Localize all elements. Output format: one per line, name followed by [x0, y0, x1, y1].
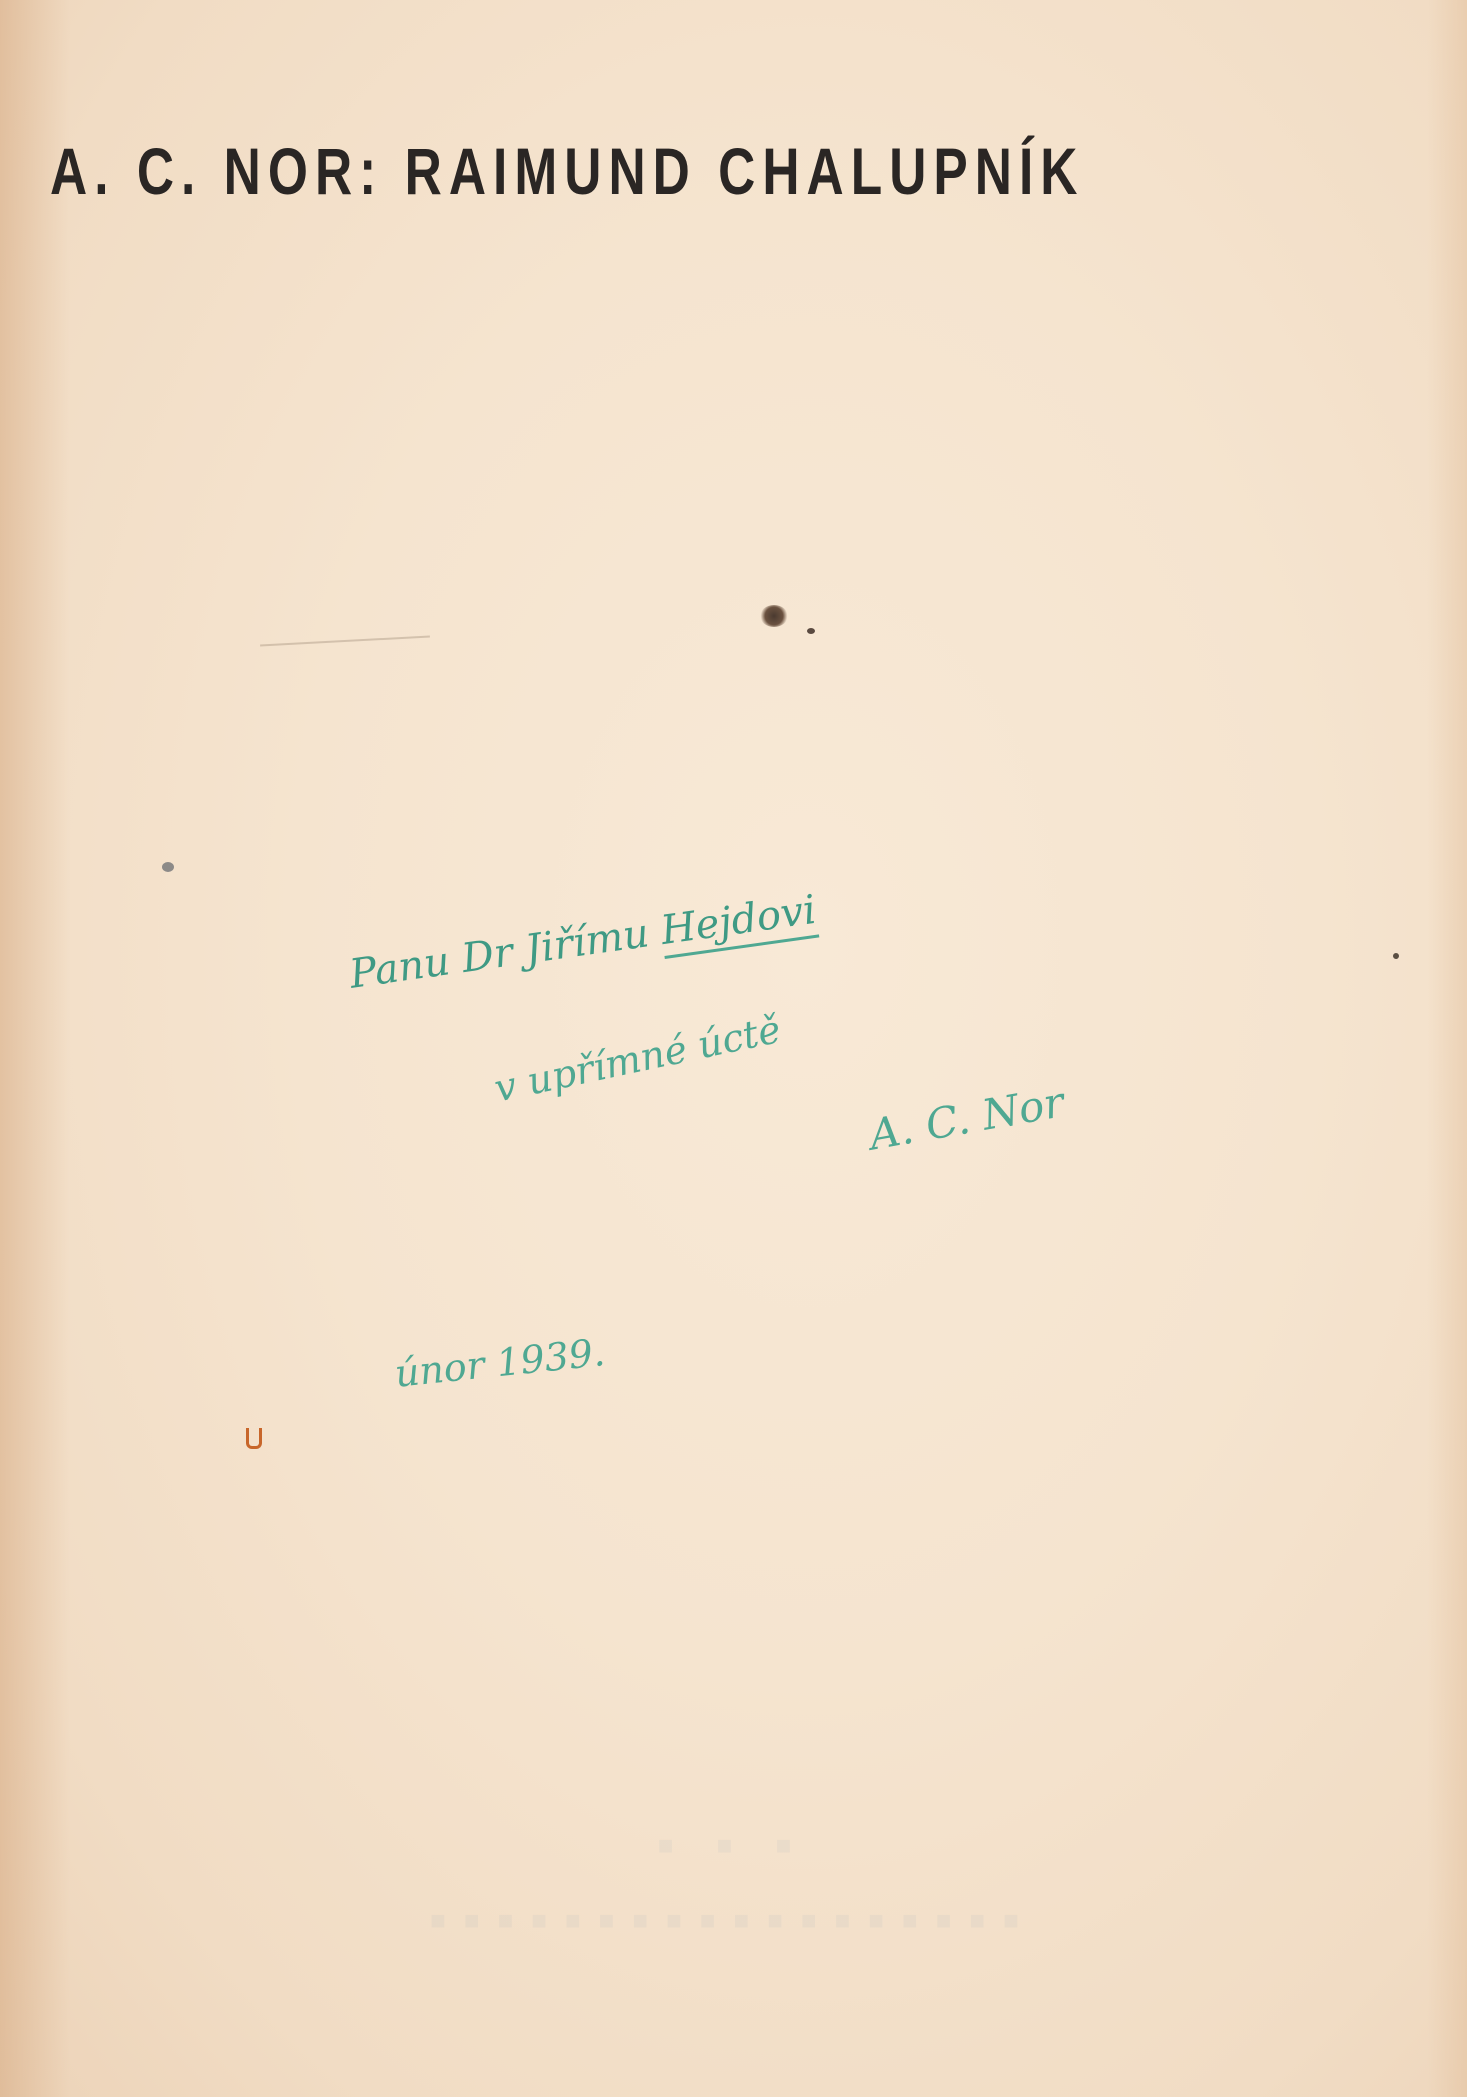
paper-debris-mark — [760, 605, 788, 627]
grey-spot — [162, 862, 174, 872]
bleed-through-text-1: ■ ■ ■ — [0, 1830, 1467, 1861]
dedication-line-1: Panu Dr Jiřímu Hejdovi — [347, 890, 818, 995]
dedication-line-2: v upřímné úctě — [491, 1010, 784, 1108]
paper-crease — [260, 636, 430, 647]
author-signature: A. C. Nor — [866, 1081, 1067, 1156]
spine-shadow — [0, 0, 70, 2097]
dark-speck — [1393, 953, 1399, 959]
paper-debris-speck — [807, 628, 815, 634]
dedication-date: únor 1939. — [393, 1333, 607, 1393]
bleed-through-text-2: ■■■■■■■■■■■■■■■■■■ — [0, 1905, 1467, 1936]
printed-title: A. C. NOR: RAIMUND CHALUPNÍK — [50, 138, 1084, 204]
dedication-recipient-name: Hejdovi — [658, 887, 820, 959]
book-page: A. C. NOR: RAIMUND CHALUPNÍK Panu Dr Jiř… — [0, 0, 1467, 2097]
edge-shadow — [1427, 0, 1467, 2097]
rust-mark — [246, 1428, 262, 1449]
dedication-recipient-prefix: Panu Dr Jiřímu — [347, 908, 665, 997]
